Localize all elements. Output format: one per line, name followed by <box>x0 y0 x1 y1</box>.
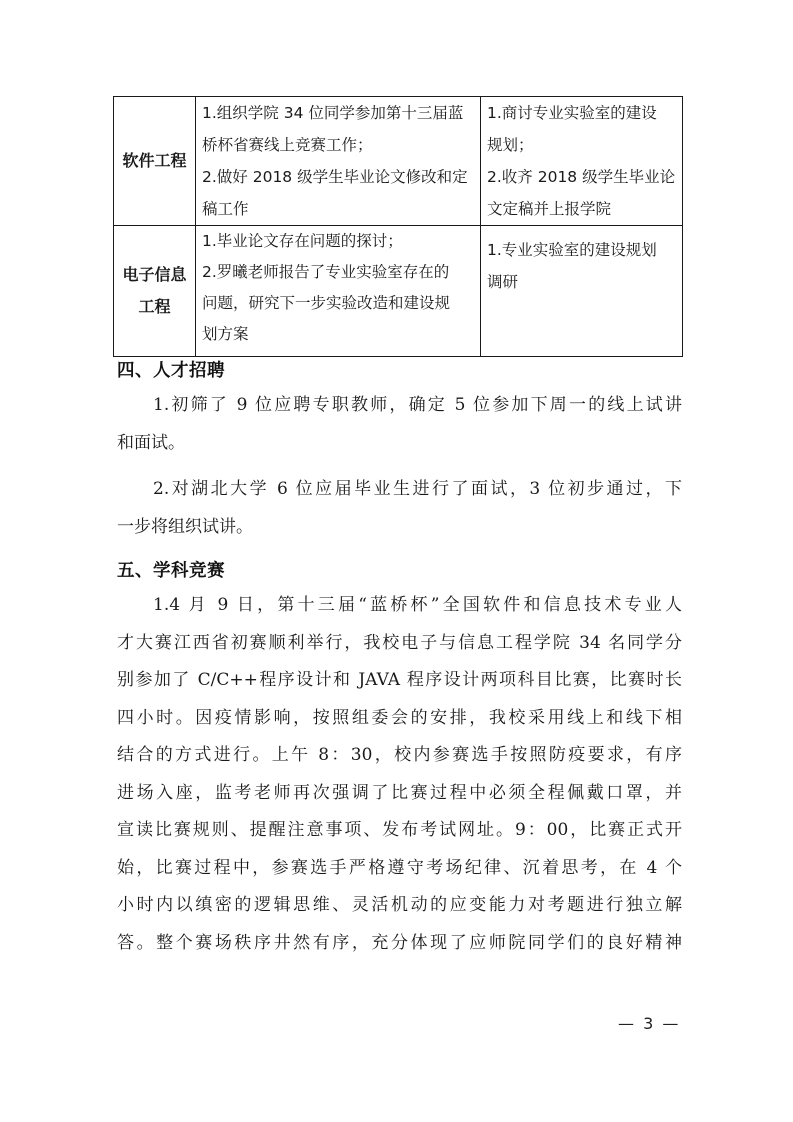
paragraph-line: 2.对湖北大学 6 位应届毕业生进行了面试，3 位初步通过，下 <box>117 471 682 509</box>
paragraph-line: 进场入座，监考老师再次强调了比赛过程中必须全程佩戴口罩，并 <box>117 775 682 813</box>
paragraph-line: 一步将组织试讲。 <box>117 509 682 547</box>
document-page: 软件工程 1.组织学院 34 位同学参加第十三届蓝 桥杯省赛线上竞赛工作； 2.… <box>0 0 793 1122</box>
section-heading-discipline-competition: 五、学科竞赛 <box>117 557 225 582</box>
cell-line: 稿工作 <box>202 193 477 225</box>
next-plan-cell: 1.专业实验室的建设规划 调研 <box>481 226 683 357</box>
cell-line: 1.组织学院 34 位同学参加第十三届蓝 <box>202 97 477 129</box>
table-row-electronic-information-engineering: 电子信息 工程 1.毕业论文存在问题的探讨； 2.罗曦老师报告了专业实验室存在的… <box>114 226 683 357</box>
page-number: — 3 — <box>618 1014 680 1033</box>
cell-line: 1.专业实验室的建设规划 <box>487 234 679 266</box>
department-cell: 电子信息 工程 <box>114 226 196 357</box>
next-plan-cell: 1.商讨专业实验室的建设 规划； 2.收齐 2018 级学生毕业论 文定稿并上报… <box>481 97 683 226</box>
cell-line: 1.商讨专业实验室的建设 <box>487 97 679 129</box>
cell-line: 桥杯省赛线上竞赛工作； <box>202 129 477 161</box>
paragraph-line: 结合的方式进行。上午 8：30，校内参赛选手按照防疫要求，有序 <box>117 737 682 775</box>
paragraph-line: 四小时。因疫情影响，按照组委会的安排，我校采用线上和线下相 <box>117 700 682 738</box>
section-heading-talent-recruitment: 四、人才招聘 <box>117 357 225 382</box>
work-done-cell: 1.组织学院 34 位同学参加第十三届蓝 桥杯省赛线上竞赛工作； 2.做好 20… <box>196 97 481 226</box>
cell-line: 文定稿并上报学院 <box>487 193 679 225</box>
paragraph-line: 小时内以缜密的逻辑思维、灵活机动的应变能力对考题进行独立解 <box>117 887 682 925</box>
paragraph-line: 1.4 月 9 日，第十三届“蓝桥杯”全国软件和信息技术专业人 <box>117 587 682 625</box>
cell-line: 划方案 <box>202 319 477 350</box>
cell-line: 2.罗曦老师报告了专业实验室存在的 <box>202 257 477 288</box>
paragraph-line: 才大赛江西省初赛顺利举行，我校电子与信息工程学院 34 名同学分 <box>117 625 682 663</box>
cell-line: 2.做好 2018 级学生毕业论文修改和定 <box>202 161 477 193</box>
cell-line: 规划； <box>487 129 679 161</box>
work-done-cell: 1.毕业论文存在问题的探讨； 2.罗曦老师报告了专业实验室存在的 问题，研究下一… <box>196 226 481 357</box>
paragraph-line: 别参加了 C/C++程序设计和 JAVA 程序设计两项科目比赛，比赛时长 <box>117 662 682 700</box>
paragraph-line: 宣读比赛规则、提醒注意事项、发布考试网址。9：00，比赛正式开 <box>117 812 682 850</box>
cell-line: 调研 <box>487 266 679 298</box>
cell-line: 1.毕业论文存在问题的探讨； <box>202 226 477 257</box>
cell-line: 问题，研究下一步实验改造和建设规 <box>202 288 477 319</box>
department-name: 电子信息 <box>118 259 191 291</box>
cell-line: 2.收齐 2018 级学生毕业论 <box>487 161 679 193</box>
table-row-software-engineering: 软件工程 1.组织学院 34 位同学参加第十三届蓝 桥杯省赛线上竞赛工作； 2.… <box>114 97 683 226</box>
department-name: 软件工程 <box>122 151 186 170</box>
paragraph-line: 1.初筛了 9 位应聘专职教师，确定 5 位参加下周一的线上试讲 <box>117 387 682 425</box>
paragraph-line: 答。整个赛场秩序井然有序，充分体现了应师院同学们的良好精神 <box>117 925 682 963</box>
department-work-table: 软件工程 1.组织学院 34 位同学参加第十三届蓝 桥杯省赛线上竞赛工作； 2.… <box>113 96 683 357</box>
paragraph: 1.4 月 9 日，第十三届“蓝桥杯”全国软件和信息技术专业人 才大赛江西省初赛… <box>117 587 682 962</box>
paragraph-line: 和面试。 <box>117 425 682 463</box>
paragraph-line: 始，比赛过程中，参赛选手严格遵守考场纪律、沉着思考，在 4 个 <box>117 850 682 888</box>
paragraph: 1.初筛了 9 位应聘专职教师，确定 5 位参加下周一的线上试讲 和面试。 <box>117 387 682 462</box>
department-cell: 软件工程 <box>114 97 196 226</box>
paragraph: 2.对湖北大学 6 位应届毕业生进行了面试，3 位初步通过，下 一步将组织试讲。 <box>117 471 682 546</box>
department-name: 工程 <box>118 291 191 323</box>
